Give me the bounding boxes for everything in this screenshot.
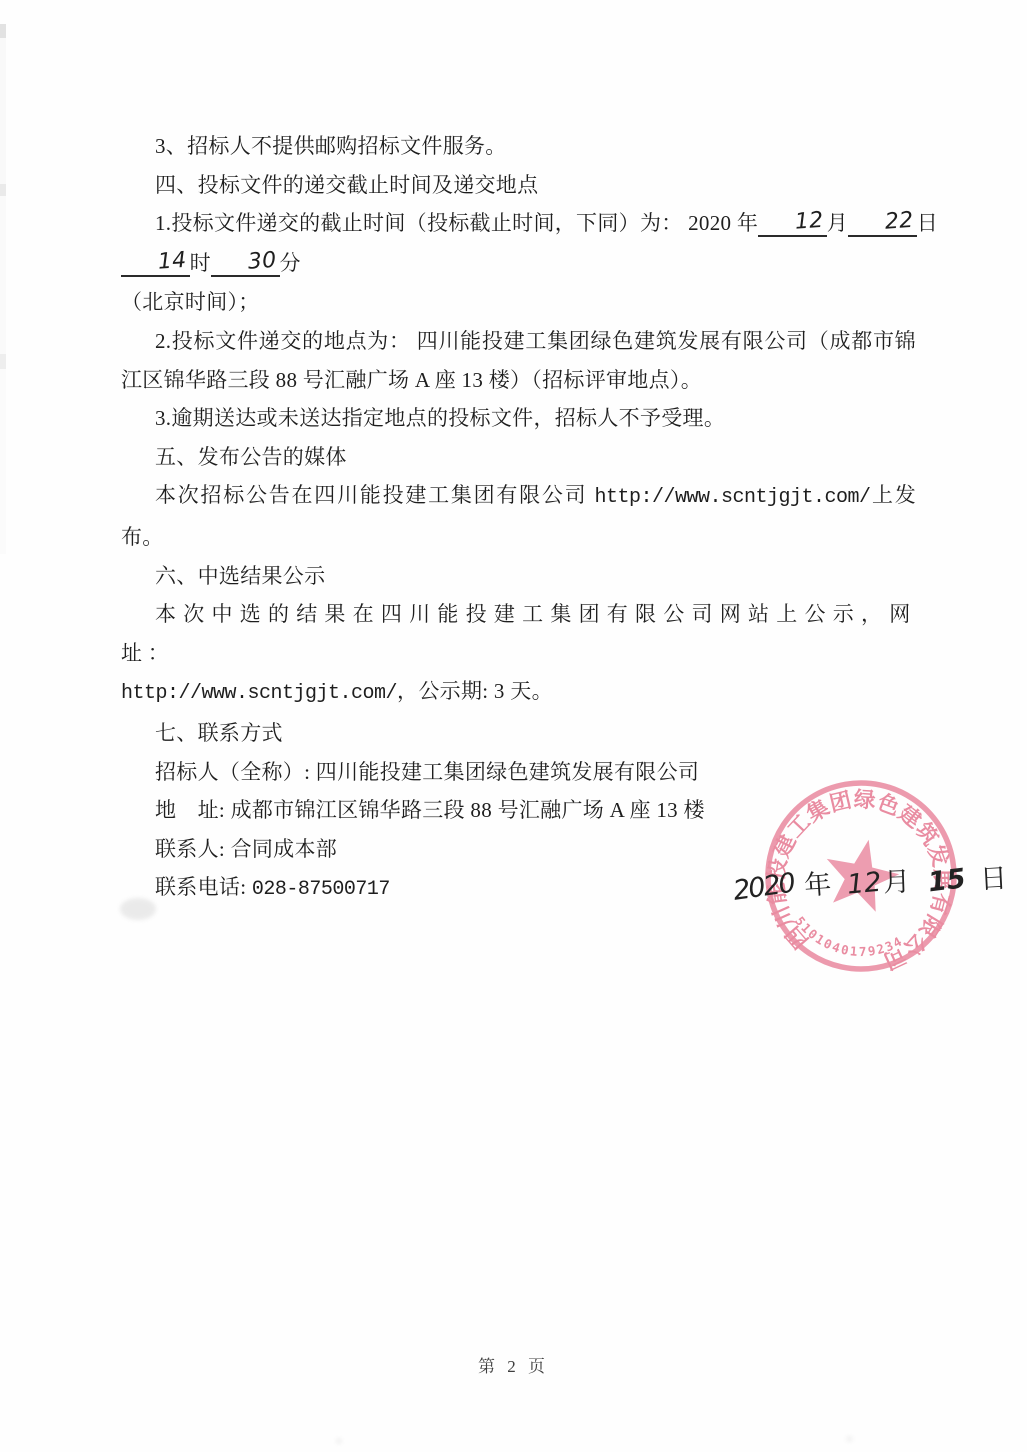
paragraph-result-publicity: 本次中选的结果在四川能投建工集团有限公司网站上公示，网址：http://www.… xyxy=(121,595,916,714)
handwritten-date: 2020年12月15日 xyxy=(732,856,1007,905)
handwritten-day: 22 xyxy=(850,202,915,245)
handwritten-month-blank: 12 xyxy=(758,211,827,237)
handwritten-minute-blank: 30 xyxy=(211,251,280,277)
month-unit: 月 xyxy=(827,211,848,235)
section-5-heading: 五、发布公告的媒体 xyxy=(121,438,916,477)
scan-speck xyxy=(846,1436,853,1442)
deadline-text: 1.投标文件递交的截止时间（投标截止时间，下同）为： 2020 年 xyxy=(155,211,758,235)
handwritten-hour-blank: 14 xyxy=(121,251,190,277)
section-7-heading: 七、联系方式 xyxy=(121,714,916,753)
paragraph-no-mail-service: 3、招标人不提供邮购招标文件服务。 xyxy=(121,127,916,166)
handwritten-month: 12 xyxy=(760,202,825,245)
phone-number: 028-87500717 xyxy=(252,878,390,901)
paragraph-deadline: 1.投标文件递交的截止时间（投标截止时间，下同）为： 2020 年12月22日1… xyxy=(121,204,961,322)
svg-text:1: 1 xyxy=(849,943,859,959)
section-6-heading: 六、中选结果公示 xyxy=(121,557,916,596)
hour-unit: 时 xyxy=(190,251,211,275)
day-unit-2: 日 xyxy=(979,856,1008,896)
announcement-text: 本次招标公告在四川能投建工集团有限公司 xyxy=(155,483,594,507)
phone-label: 联系电话: xyxy=(155,875,252,899)
beijing-time-note: （北京时间）； xyxy=(121,290,260,314)
svg-text:绿: 绿 xyxy=(853,787,877,813)
year-unit: 年 xyxy=(802,862,832,903)
scan-speck xyxy=(336,1438,342,1444)
month-unit-2: 月 xyxy=(882,860,910,900)
handwritten-month-2: 12 xyxy=(846,867,883,901)
paragraph-delivery-place: 2.投标文件递交的地点为： 四川能投建工集团绿色建筑发展有限公司（成都市锦江区锦… xyxy=(121,322,916,399)
handwritten-day-2: 15 xyxy=(926,863,967,898)
day-unit: 日 xyxy=(917,211,938,235)
svg-text:团: 团 xyxy=(827,788,854,817)
result-publicity-text: 本次中选的结果在四川能投建工集团有限公司网站上公示，网址： xyxy=(121,602,916,665)
announcement-url: http://www.scntjgjt.com/ xyxy=(594,486,870,509)
handwritten-hour: 14 xyxy=(123,242,188,285)
handwritten-minute: 30 xyxy=(213,242,278,285)
result-publicity-suffix: ，公示期: 3 天。 xyxy=(397,679,553,703)
scanned-document-page: 3、招标人不提供邮购招标文件服务。 四、投标文件的递交截止时间及递交地点 1.投… xyxy=(0,0,1027,1452)
paragraph-late-delivery: 3.逾期送达或未送达指定地点的投标文件，招标人不予受理。 xyxy=(121,399,916,438)
handwritten-day-blank: 22 xyxy=(848,211,917,237)
minute-unit: 分 xyxy=(280,251,301,275)
paragraph-announcement-media: 本次招标公告在四川能投建工集团有限公司 http://www.scntjgjt.… xyxy=(121,476,916,556)
section-4-heading: 四、投标文件的递交截止时间及递交地点 xyxy=(121,166,916,205)
result-publicity-url: http://www.scntjgjt.com/ xyxy=(121,682,397,705)
page-footer: 第 2 页 xyxy=(0,1352,1027,1377)
handwritten-year: 2020 xyxy=(731,868,795,907)
scan-artifact-left-edge xyxy=(0,24,6,554)
